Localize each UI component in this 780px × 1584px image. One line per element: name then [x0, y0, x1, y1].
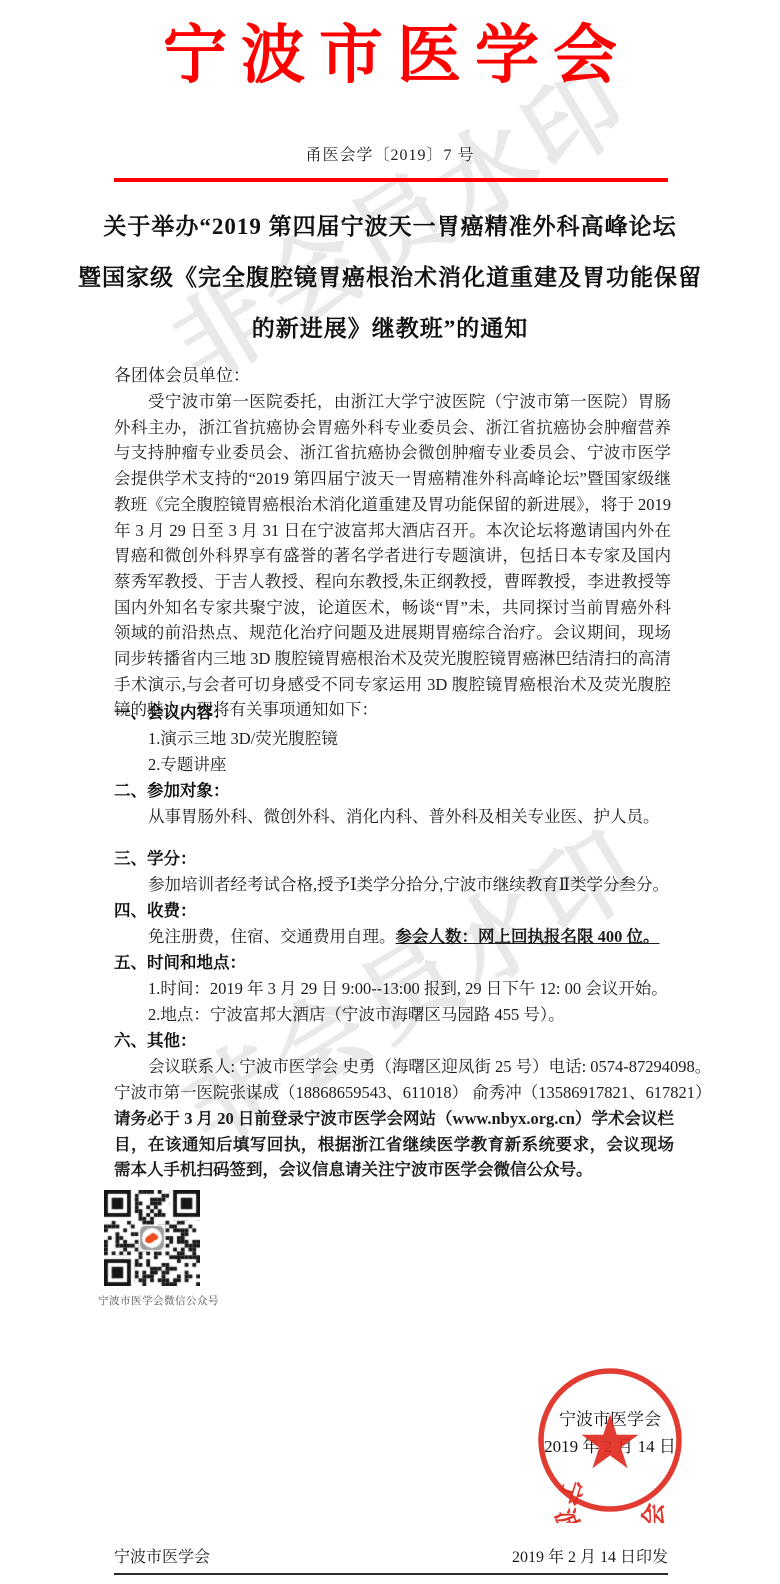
intro-paragraph: 受宁波市第一医院委托，由浙江大学宁波医院（宁波市第一医院）胃肠外科主办，浙江省抗… [114, 389, 671, 723]
notice-document: { "page": { "watermark_text": "非会员水印", "… [0, 0, 780, 1584]
letterhead-org-title: 宁波市医学会 [0, 4, 780, 96]
seal-arc-text: 宁波市医学会 [549, 1476, 668, 1523]
section-4-emphasis: 参会人数：网上回执报名限 400 位。 [396, 927, 660, 946]
section-2-body: 从事胃肠外科、微创外科、消化内科、普外科及相关专业医、护人员。 [114, 804, 674, 830]
section-1-heading: 一、会议内容： [114, 700, 674, 726]
footer-print-date: 2019 年 2 月 14 日印发 [512, 1544, 668, 1567]
section-6-contact-line-1: 会议联系人: 宁波市医学会 史勇（海曙区迎凤街 25 号）电话: 0574-87… [114, 1054, 674, 1080]
svg-text:宁波市医学会: 宁波市医学会 [549, 1476, 668, 1523]
section-4-body-line: 免注册费，住宿、交通费用自理。参会人数：网上回执报名限 400 位。 [114, 924, 674, 950]
section-6-emphasis: 请务必于 3 月 20 日前登录宁波市医学会网站（www.nbyx.org.cn… [114, 1106, 674, 1183]
section-spacer [114, 830, 674, 846]
notice-title-line2: 暨国家级《完全腹腔镜胃癌根治术消化道重建及胃功能保留 [70, 252, 710, 303]
qr-code [104, 1190, 200, 1286]
section-3-heading: 三、学分： [114, 846, 674, 872]
salutation: 各团体会员单位： [114, 361, 250, 386]
section-5-item-1: 1.时间：2019 年 3 月 29 日 9:00--13:00 报到, 29 … [114, 976, 674, 1002]
sections: 一、会议内容： 1.演示三地 3D/荧光腹腔镜 2.专题讲座 二、参加对象： 从… [114, 700, 674, 1183]
section-3-body: 参加培训者经考试合格,授予Ⅰ类学分拾分,宁波市继续教育Ⅱ类学分叁分。 [114, 872, 674, 898]
section-2-heading: 二、参加对象： [114, 778, 674, 804]
notice-title-line3: 的新进展》继教班”的通知 [70, 303, 710, 354]
footer-issuer: 宁波市医学会 [114, 1544, 210, 1567]
document-number: 甬医会学〔2019〕7 号 [0, 142, 780, 165]
section-5-heading: 五、时间和地点： [114, 950, 674, 976]
section-6-contact-line-2: 宁波市第一医院张谋成（18868659543、611018） 俞秀冲（13586… [114, 1080, 674, 1106]
notice-title: 关于举办“2019 第四届宁波天一胃癌精准外科高峰论坛 暨国家级《完全腹腔镜胃癌… [70, 201, 710, 354]
footer: 宁波市医学会 2019 年 2 月 14 日印发 [114, 1544, 668, 1575]
official-seal: 宁波市医学会 [527, 1357, 693, 1523]
seal-star-icon [582, 1414, 639, 1468]
section-6-heading: 六、其他： [114, 1028, 674, 1054]
section-4-body: 免注册费，住宿、交通费用自理。 [148, 927, 396, 946]
section-4-heading: 四、收费： [114, 898, 674, 924]
section-1-item-2: 2.专题讲座 [114, 752, 674, 778]
section-5-item-2: 2.地点：宁波富邦大酒店（宁波市海曙区马园路 455 号）。 [114, 1002, 674, 1028]
section-1-item-1: 1.演示三地 3D/荧光腹腔镜 [114, 726, 674, 752]
notice-title-line1: 关于举办“2019 第四届宁波天一胃癌精准外科高峰论坛 [70, 201, 710, 252]
letterhead-divider-rule [114, 178, 668, 182]
qr-block: 宁波市医学会微信公众号 [104, 1190, 224, 1308]
qr-caption: 宁波市医学会微信公众号 [98, 1293, 224, 1308]
